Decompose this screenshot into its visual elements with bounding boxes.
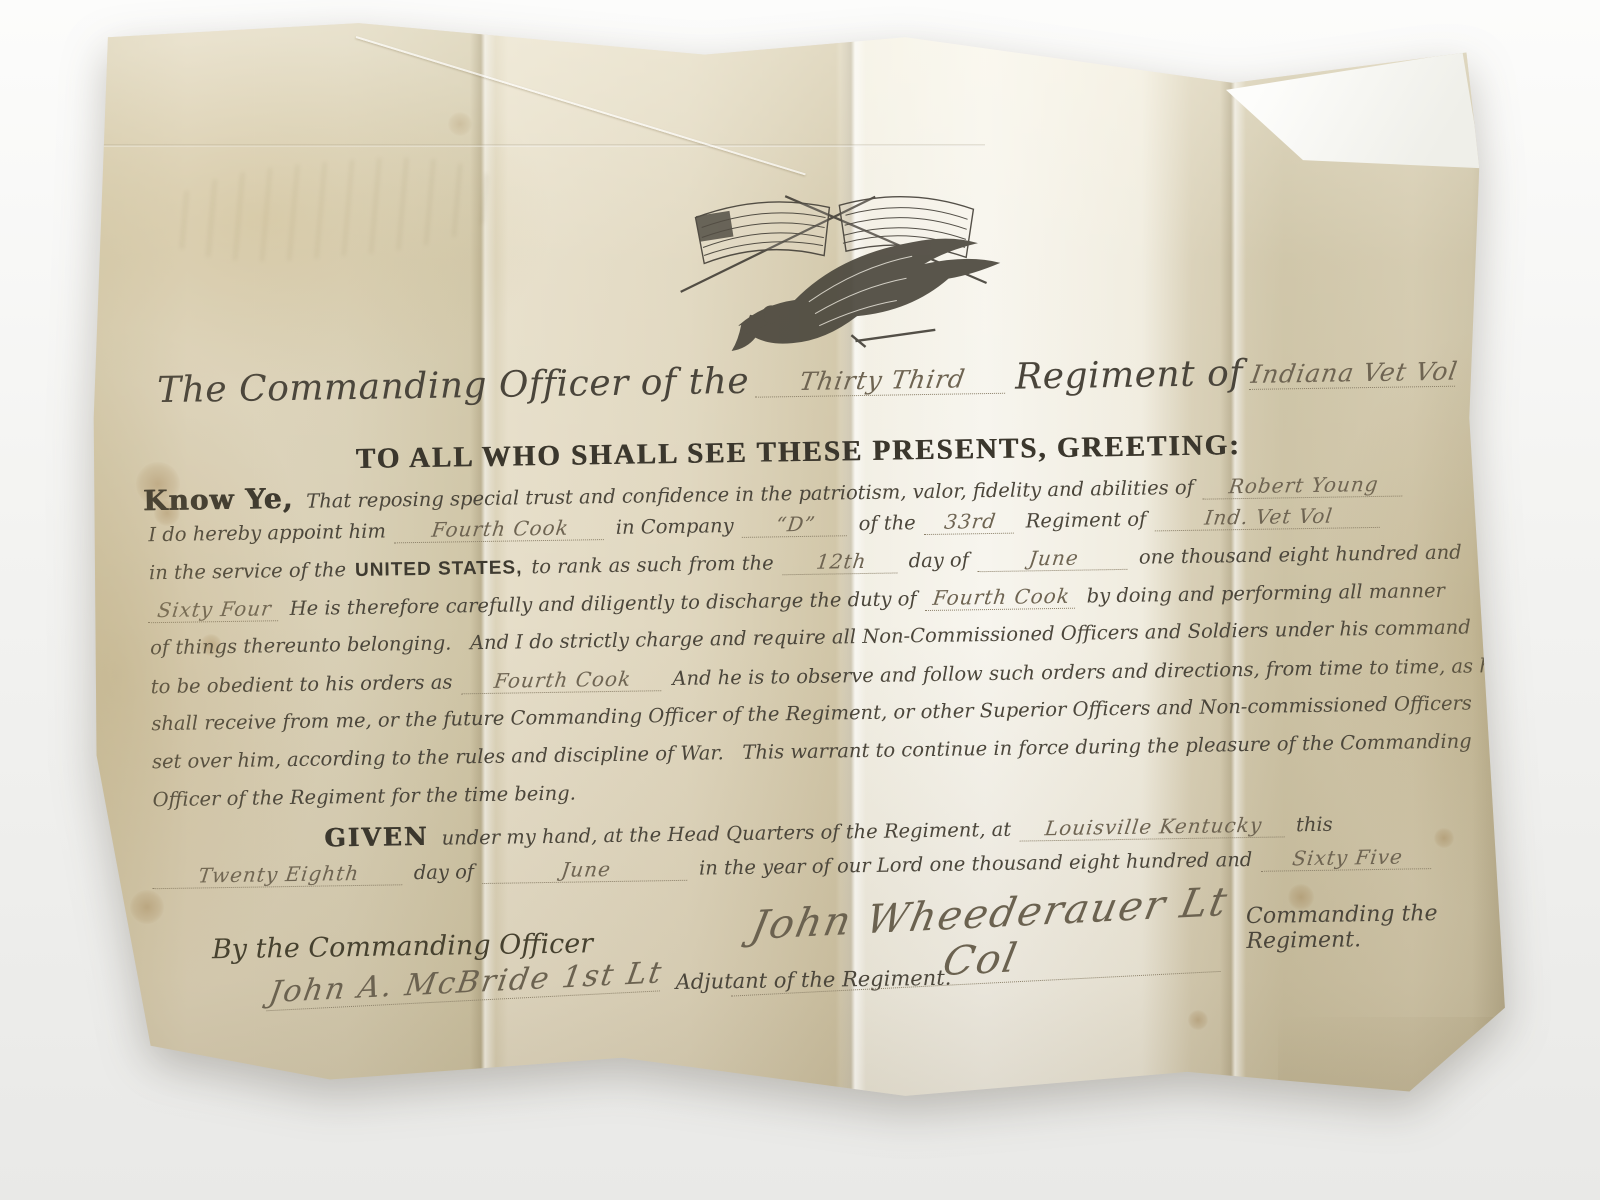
handwritten-entry: Indiana Vet Vol — [1249, 357, 1460, 390]
fold-crease-horizontal — [102, 144, 985, 147]
document-body-line: set over him, according to the rules and… — [147, 730, 1453, 789]
handwritten-entry: Twenty Eighth — [152, 860, 405, 889]
document-paper: The Commanding Officer of the Thirty Thi… — [88, 22, 1512, 1110]
fold-crease — [1220, 22, 1246, 1110]
paper-edge-shading — [1472, 55, 1512, 1045]
document-body-line: to be obedient to his orders asFourth Co… — [146, 654, 1452, 713]
printed-text: day of — [409, 860, 480, 884]
handwritten-entry: Fourth Cook — [925, 584, 1078, 611]
document-body-line: Know Ye,That reposing special trust and … — [143, 464, 1449, 523]
stain-mark — [1288, 884, 1314, 910]
handwritten-entry: Sixty Five — [1261, 844, 1434, 872]
eagle-and-flags-engraving — [617, 178, 1050, 380]
greeting-line: TO ALL WHO SHALL SEE THESE PRESENTS, GRE… — [126, 425, 1470, 479]
adjutant-title: Adjutant of the Regiment. — [675, 966, 951, 994]
printed-text: shall receive from me, or the future Com… — [146, 691, 1477, 735]
document-body-line: in the service of theUNITED STATES,to ra… — [144, 540, 1450, 599]
handwritten-entry: Louisville Kentucky — [1020, 812, 1288, 841]
adjutant-signature: John A. McBride 1st Lt — [266, 955, 665, 1011]
handwritten-entry: Thirty Third — [755, 364, 1010, 398]
printed-text: to be obedient to his orders as — [146, 670, 458, 698]
document-body: Know Ye,That reposing special trust and … — [143, 464, 1455, 902]
printed-text: in the service of the — [144, 558, 351, 584]
printed-text: in the year of our Lord one thousand eig… — [694, 848, 1258, 880]
printed-text: Officer of the Regiment for the time bei… — [147, 781, 581, 811]
folded-corner — [1215, 44, 1490, 179]
printed-text: of the — [853, 511, 920, 535]
printed-text: under my hand, at the Head Quarters of t… — [436, 818, 1016, 850]
stain-mark — [200, 634, 222, 656]
colonel-signature-row: John Wheederauer Lt Col Commanding the R… — [741, 883, 1518, 988]
photo-backdrop: The Commanding Officer of the Thirty Thi… — [0, 0, 1600, 1200]
document-body-line: Twenty Eighthday ofJunein the year of ou… — [149, 844, 1455, 903]
adjutant-signature-row: John A. McBride 1st Lt Adjutant of the R… — [270, 958, 951, 1005]
printed-text: I do hereby appoint him — [143, 519, 391, 546]
printed-text: in Company — [611, 514, 739, 539]
document-content: The Commanding Officer of the Thirty Thi… — [80, 11, 1521, 1121]
handwritten-entry: 12th — [782, 548, 900, 575]
given-lead: GIVEN — [316, 822, 437, 853]
handwritten-entry: Ind. Vet Vol — [1155, 503, 1383, 532]
corner-fold-shading — [1278, 1017, 1578, 1117]
handwritten-entry: Fourth Cook — [461, 666, 664, 694]
fold-crease — [470, 22, 496, 1110]
printed-text: That reposing special trust and confiden… — [301, 476, 1199, 513]
printed-text: And he is to observe and follow such ord… — [667, 654, 1508, 690]
fold-crease — [840, 22, 866, 1110]
handwritten-entry: June — [482, 856, 690, 884]
printed-text: Regiment of — [1021, 507, 1152, 532]
know-ye-lead: Know Ye, — [143, 482, 302, 517]
printed-text: one thousand eight hundred and — [1134, 541, 1467, 569]
document-body-line: of things thereunto belonging. And I do … — [145, 616, 1451, 675]
printed-text-bold: UNITED STATES, — [351, 557, 527, 582]
colonel-title: Commanding the Regiment. — [1246, 900, 1518, 954]
document-body-line: I do hereby appoint himFourth Cookin Com… — [143, 502, 1449, 561]
printed-text: He is therefore carefully and diligently… — [284, 587, 921, 620]
stain-mark — [1434, 828, 1454, 848]
stain-mark — [136, 462, 180, 506]
handwritten-entry: Sixty Four — [148, 596, 281, 623]
document-heading: The Commanding Officer of the Thirty Thi… — [157, 350, 1443, 411]
document-body-line: shall receive from me, or the future Com… — [146, 692, 1452, 751]
stain-mark — [448, 112, 472, 136]
handwritten-entry: “D” — [742, 511, 850, 538]
printed-text: of things thereunto belonging. And I do … — [145, 615, 1476, 659]
colonel-signature: John Wheederauer Lt Col — [731, 879, 1240, 997]
stain-mark — [1188, 1010, 1208, 1030]
document-body-line: Officer of the Regiment for the time bei… — [147, 768, 1453, 827]
printed-text: this — [1291, 813, 1338, 837]
by-commanding-officer-label: By the Commanding Officer — [212, 928, 594, 965]
stain-mark — [154, 500, 180, 526]
heading-pre-text: The Commanding Officer of the — [157, 361, 750, 411]
printed-text: day of — [903, 548, 974, 572]
printed-text: to rank as such from the — [526, 551, 779, 578]
document-body-line: GIVENunder my hand, at the Head Quarters… — [148, 806, 1454, 865]
handwritten-entry: Robert Young — [1202, 471, 1405, 499]
printed-text: set over him, according to the rules and… — [147, 729, 1477, 773]
paper-shadow-wrap: The Commanding Officer of the Thirty Thi… — [0, 0, 1600, 1200]
handwritten-entry: Fourth Cook — [394, 515, 607, 543]
printed-text: by doing and performing all manner — [1081, 579, 1450, 608]
document-body-line: Sixty FourHe is therefore carefully and … — [144, 578, 1450, 637]
bleedthrough-smudge — [162, 148, 499, 271]
diagonal-crease — [356, 36, 806, 175]
handwritten-entry: 33rd — [924, 509, 1017, 535]
handwritten-entry: June — [977, 545, 1130, 572]
heading-mid-text: Regiment of — [1015, 353, 1244, 398]
stain-mark — [130, 890, 164, 924]
